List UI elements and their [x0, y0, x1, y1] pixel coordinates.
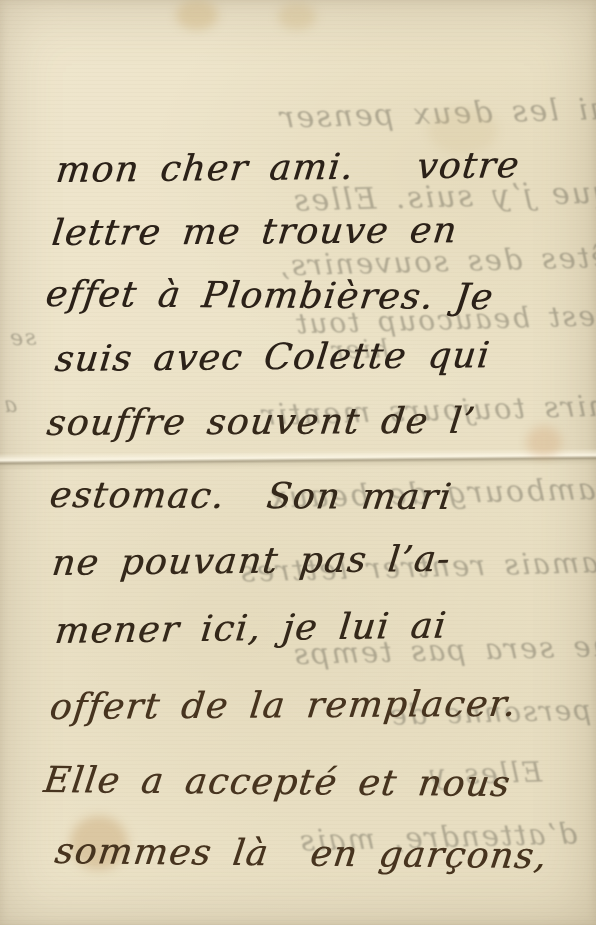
bleedthrough-line: a: [2, 393, 18, 418]
handwriting-line: suis avec Colette qui: [53, 335, 493, 380]
stain: [526, 426, 562, 458]
handwriting-line: estomac. Son mari: [47, 475, 454, 518]
fold-crease: [0, 448, 596, 470]
handwriting-line: Elle a accepté et nous: [41, 760, 513, 805]
handwriting-line: ne pouvant pas l’a-: [50, 539, 453, 584]
handwriting-line: offert de la remplacer.: [48, 684, 519, 728]
stain: [176, 0, 218, 30]
bleedthrough-line: se: [8, 326, 37, 352]
handwriting-line: souffre souvent de l’: [45, 401, 478, 444]
handwriting-line: effet à Plombières. Je: [43, 274, 496, 318]
handwriting-line: lettre me trouve en: [50, 210, 460, 254]
handwriting-line: mener ici, je lui ai: [53, 606, 449, 652]
handwriting-line: mon cher ami. votre: [54, 145, 522, 191]
handwriting-line: sommes là en garçons,: [52, 831, 550, 877]
stain: [278, 3, 316, 30]
letter-page: J’ai les deux penser bonne que j’y suis.…: [0, 0, 596, 925]
